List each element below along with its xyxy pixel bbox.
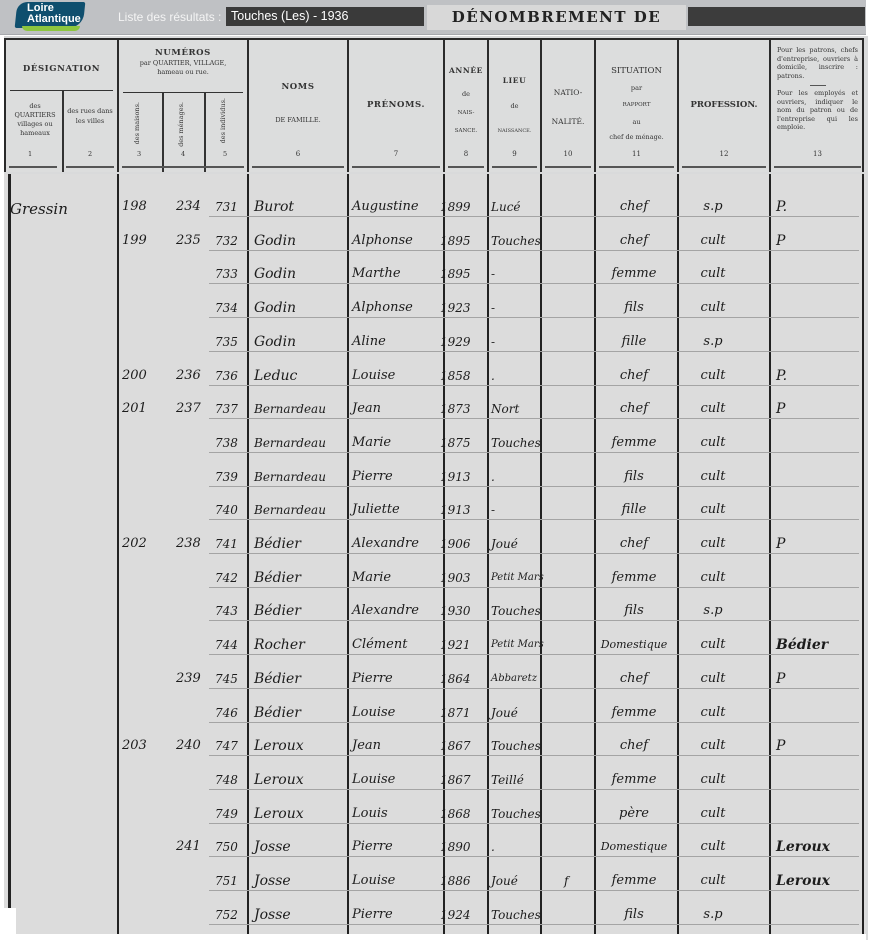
cell-profession: cult (678, 569, 748, 587)
cell-annee: 1886 (440, 872, 471, 890)
cell-profession: cult (678, 367, 748, 385)
row-rule (209, 418, 859, 419)
cell-individu: 736 (215, 367, 238, 385)
cell-prenom: Augustine (352, 198, 419, 216)
cell-prenom: Juliette (352, 501, 400, 519)
header-situation: SITUATION par RAPPORT au chef de ménage.… (596, 40, 679, 172)
cell-prenom: Pierre (352, 838, 393, 856)
cell-nom: Josse (254, 872, 291, 890)
cell-nom: Josse (254, 906, 291, 924)
results-label: Liste des résultats : (118, 10, 221, 24)
row-rule (209, 924, 859, 925)
rule (352, 166, 440, 168)
nationalite-title: NATIO- (542, 88, 594, 97)
lieu-l3: NAISSANCE. (489, 128, 540, 134)
cell-lieu: Joué (491, 535, 518, 553)
right-toolbar-area (688, 7, 865, 26)
cell-situation: fille (594, 333, 674, 351)
cell-menage: 239 (176, 670, 201, 688)
cell-situation: chef (594, 198, 674, 216)
header-designation: DÉSIGNATION des QUARTIERS villages ou ha… (6, 40, 119, 172)
cell-individu: 731 (215, 198, 238, 216)
cell-profession: s.p (678, 906, 748, 924)
cell-prenom: Pierre (352, 468, 393, 486)
cell-lieu: . (491, 838, 495, 856)
cell-maison: 201 (122, 400, 147, 418)
cell-individu: 744 (215, 636, 238, 654)
header-lieu: LIEU de NAISSANCE. 9 (489, 40, 542, 172)
cell-individu: 749 (215, 805, 238, 823)
cell-annee: 1864 (440, 670, 471, 688)
row-rule (209, 486, 859, 487)
header-annee: ANNÉE de NAIS- SANCE. 8 (445, 40, 489, 172)
row-rule (209, 890, 859, 891)
cell-individu: 747 (215, 737, 238, 755)
cell-profession: cult (678, 535, 748, 553)
cell-nom: Josse (254, 838, 291, 856)
cell-individu: 740 (215, 501, 238, 519)
cell-individu: 752 (215, 906, 238, 924)
cell-prenom: Louise (352, 367, 395, 385)
cell-prenom: Clément (352, 636, 407, 654)
row-rule (209, 216, 859, 217)
cell-profession: cult (678, 737, 748, 755)
cell-patron: P. (776, 367, 787, 385)
cell-annee: 1867 (440, 737, 471, 755)
cell-individu: 738 (215, 434, 238, 452)
cell-profession: cult (678, 805, 748, 823)
nationalite-l2: NALITÉ. (542, 117, 594, 126)
header-noms: NOMS DE FAMILLE. 6 (249, 40, 349, 172)
cell-situation: femme (594, 569, 674, 587)
cell-profession: s.p (678, 198, 748, 216)
cell-individu: 746 (215, 704, 238, 722)
cell-maison: 202 (122, 535, 147, 553)
cell-annee: 1906 (440, 535, 471, 553)
cell-individu: 734 (215, 299, 238, 317)
profession-title: PROFESSION. (679, 100, 769, 110)
cell-nom: Bédier (254, 704, 301, 722)
cell-profession: cult (678, 872, 748, 890)
cell-individu: 739 (215, 468, 238, 486)
cell-prenom: Jean (352, 400, 381, 418)
cell-profession: cult (678, 838, 748, 856)
cell-profession: cult (678, 468, 748, 486)
row-rule (209, 755, 859, 756)
patron-note-1: Pour les patrons, chefs d'entreprise, ou… (771, 40, 864, 84)
cell-profession: cult (678, 501, 748, 519)
row-rule (209, 283, 859, 284)
cell-situation: femme (594, 265, 674, 283)
cell-individu: 741 (215, 535, 238, 553)
document-title: DÉNOMBREMENT DE 1936. (427, 5, 686, 30)
cell-lieu: . (491, 367, 495, 385)
cell-annee: 1895 (440, 232, 471, 250)
cell-annee: 1895 (440, 265, 471, 283)
cell-nom: Godin (254, 232, 296, 250)
cell-annee: 1868 (440, 805, 471, 823)
cell-profession: cult (678, 232, 748, 250)
header-numeros: NUMÉROS par QUARTIER, VILLAGE, hameau ou… (119, 40, 249, 172)
cell-lieu: Nort (491, 400, 519, 418)
header-prenoms: PRÉNOMS. 7 (349, 40, 445, 172)
cell-nom: Leroux (254, 737, 304, 755)
column-divider (862, 174, 864, 936)
cell-prenom: Aline (352, 333, 386, 351)
cell-situation: fille (594, 501, 674, 519)
rule (682, 166, 766, 168)
numeros-subtitle: par QUARTIER, VILLAGE, hameau ou rue. (137, 59, 229, 77)
rule (774, 166, 861, 168)
cell-nom: Leroux (254, 805, 304, 823)
cell-situation: chef (594, 737, 674, 755)
cell-prenom: Marie (352, 569, 391, 587)
column-divider (204, 174, 206, 936)
cell-lieu: Petit Mars (491, 569, 544, 587)
cell-nom: Bédier (254, 535, 301, 553)
cell-annee: 1871 (440, 704, 471, 722)
cell-annee: 1929 (440, 333, 471, 351)
cell-patron: P (776, 670, 785, 688)
cell-lieu: Joué (491, 872, 518, 890)
cell-situation: père (594, 805, 674, 823)
row-rule (209, 688, 859, 689)
cell-patron: P (776, 400, 785, 418)
lieu-l2: de (489, 102, 540, 110)
cell-patron: P. (776, 198, 787, 216)
cell-individu: 732 (215, 232, 238, 250)
cell-annee: 1923 (440, 299, 471, 317)
row-rule (209, 587, 859, 588)
cell-maison: 199 (122, 232, 147, 250)
situation-l3: RAPPORT (596, 102, 677, 108)
cell-patron: P (776, 232, 785, 250)
cell-individu: 735 (215, 333, 238, 351)
col-num-6: 6 (249, 150, 347, 158)
cell-patron: Leroux (776, 838, 830, 856)
situation-title: SITUATION (596, 66, 677, 76)
annee-l4: SANCE. (445, 128, 487, 134)
cell-lieu: Touches (491, 602, 541, 620)
cell-menage: 236 (176, 367, 201, 385)
results-select[interactable]: Touches (Les) - 1936 (226, 7, 424, 26)
top-bar: Loire Atlantique Liste des résultats : T… (0, 0, 866, 35)
cell-annee: 1930 (440, 602, 471, 620)
cell-situation: chef (594, 367, 674, 385)
cell-annee: 1867 (440, 771, 471, 789)
cell-profession: cult (678, 265, 748, 283)
cell-situation: chef (594, 535, 674, 553)
cell-patron: Bédier (776, 636, 828, 654)
rule (492, 166, 537, 168)
cell-nom: Bédier (254, 602, 301, 620)
cell-annee: 1890 (440, 838, 471, 856)
row-rule (209, 722, 859, 723)
cell-profession: cult (678, 636, 748, 654)
cell-nom: Bédier (254, 670, 301, 688)
cell-situation: Domestique (594, 636, 674, 654)
cell-nom: Burot (254, 198, 294, 216)
cell-profession: s.p (678, 602, 748, 620)
cell-individu: 733 (215, 265, 238, 283)
cell-situation: femme (594, 434, 674, 452)
row-rule (209, 351, 859, 352)
cell-annee: 1899 (440, 198, 471, 216)
logo-line-2: Atlantique (27, 14, 81, 25)
cell-annee: 1875 (440, 434, 471, 452)
cell-profession: cult (678, 299, 748, 317)
designation-col1-label: des QUARTIERS villages ou hameaux (10, 102, 60, 138)
cell-menage: 241 (176, 838, 201, 856)
header-profession: PROFESSION. 12 (679, 40, 771, 172)
row-rule (209, 789, 859, 790)
cell-prenom: Alexandre (352, 535, 419, 553)
rule (545, 166, 591, 168)
row-rule (209, 654, 859, 655)
cell-prenom: Louise (352, 872, 395, 890)
cell-patron: P (776, 535, 785, 553)
column-divider (162, 174, 164, 936)
column-divider (8, 174, 11, 940)
cell-nom: Bernardeau (254, 400, 326, 418)
prenoms-title: PRÉNOMS. (349, 100, 443, 110)
designation-col2-label: des rues dans les villes (64, 106, 116, 126)
cell-lieu: Lucé (491, 198, 521, 216)
row-rule (209, 856, 859, 857)
rule (448, 166, 484, 168)
col-num-3: 3 (137, 150, 141, 158)
cell-prenom: Pierre (352, 906, 393, 924)
cell-lieu: Teillé (491, 771, 524, 789)
cell-annee: 1903 (440, 569, 471, 587)
annee-title: ANNÉE (445, 66, 487, 75)
cell-situation: femme (594, 872, 674, 890)
rule (599, 166, 674, 168)
cell-situation: fils (594, 299, 674, 317)
cell-situation: femme (594, 771, 674, 789)
loire-atlantique-logo[interactable]: Loire Atlantique (16, 2, 86, 32)
cell-profession: cult (678, 400, 748, 418)
rule (122, 166, 244, 168)
cell-menage: 235 (176, 232, 201, 250)
situation-l4: au (596, 118, 677, 126)
cell-nat: f (564, 872, 568, 890)
header-nationalite: NATIO- NALITÉ. 10 (542, 40, 596, 172)
cell-nom: Bédier (254, 569, 301, 587)
col-num-10: 10 (542, 150, 594, 158)
cell-lieu: Touches (491, 434, 541, 452)
cell-prenom: Louise (352, 704, 395, 722)
cell-prenom: Louise (352, 771, 395, 789)
row-rule (209, 519, 859, 520)
row-rule (209, 250, 859, 251)
cell-individu: 748 (215, 771, 238, 789)
col-num-13: 13 (771, 150, 864, 158)
cell-profession: cult (678, 704, 748, 722)
cell-menage: 234 (176, 198, 201, 216)
row-rule (209, 385, 859, 386)
cell-patron: P (776, 737, 785, 755)
register-table: Gressin198234731BurotAugustine1899Lucéch… (4, 174, 866, 940)
rule (66, 166, 114, 168)
column-divider (117, 174, 119, 936)
cell-individu: 750 (215, 838, 238, 856)
cell-nom: Godin (254, 333, 296, 351)
register-header: DÉSIGNATION des QUARTIERS villages ou ha… (4, 38, 864, 172)
cell-individu: 751 (215, 872, 238, 890)
cell-maison: 203 (122, 737, 147, 755)
cell-profession: cult (678, 434, 748, 452)
patron-note-2: Pour les employés et ouvriers, indiquer … (771, 87, 864, 136)
cell-lieu: Petit Mars (491, 636, 544, 654)
col-num-7: 7 (349, 150, 443, 158)
cell-individu: 737 (215, 400, 238, 418)
col-num-9: 9 (489, 150, 540, 158)
cell-lieu: - (491, 333, 495, 351)
cell-lieu: Joué (491, 704, 518, 722)
cell-situation: chef (594, 400, 674, 418)
cell-situation: fils (594, 602, 674, 620)
cell-lieu: Touches (491, 737, 541, 755)
row-rule (209, 620, 859, 621)
cell-nom: Bernardeau (254, 468, 326, 486)
situation-l2: par (596, 84, 677, 92)
designation-title: DÉSIGNATION (6, 64, 117, 74)
cell-lieu: - (491, 265, 495, 283)
cell-lieu: Touches (491, 805, 541, 823)
cell-situation: femme (594, 704, 674, 722)
cell-situation: Domestique (594, 838, 674, 856)
scan-edge (4, 934, 866, 940)
cell-profession: s.p (678, 333, 748, 351)
col-num-11: 11 (596, 150, 677, 158)
cell-lieu: - (491, 299, 495, 317)
col-num-1: 1 (28, 150, 32, 158)
cell-individu: 743 (215, 602, 238, 620)
annee-l3: NAIS- (445, 110, 487, 116)
row-rule (209, 823, 859, 824)
rule (9, 166, 57, 168)
cell-prenom: Marthe (352, 265, 401, 283)
cell-quartier: Gressin (10, 200, 68, 218)
rule (252, 166, 344, 168)
cell-annee: 1873 (440, 400, 471, 418)
cell-individu: 745 (215, 670, 238, 688)
col-num-8: 8 (445, 150, 487, 158)
cell-lieu: Touches (491, 906, 541, 924)
cell-situation: chef (594, 670, 674, 688)
cell-menage: 237 (176, 400, 201, 418)
numeros-title: NUMÉROS (119, 48, 247, 58)
annee-l2: de (445, 90, 487, 98)
cell-lieu: - (491, 501, 495, 519)
cell-prenom: Alphonse (352, 299, 413, 317)
cell-nom: Bernardeau (254, 501, 326, 519)
col5-label: des individus. (219, 98, 227, 143)
header-patron: Pour les patrons, chefs d'entreprise, ou… (771, 40, 864, 172)
noms-title: NOMS (249, 82, 347, 92)
cell-prenom: Alphonse (352, 232, 413, 250)
situation-l5: chef de ménage. (596, 133, 677, 141)
cell-lieu: Abbaretz (491, 670, 537, 688)
cell-lieu: Touches (491, 232, 541, 250)
col-num-4: 4 (181, 150, 185, 158)
cell-nom: Leroux (254, 771, 304, 789)
col4-label: des ménages. (177, 102, 185, 147)
cell-prenom: Pierre (352, 670, 393, 688)
cell-nom: Godin (254, 265, 296, 283)
cell-nom: Bernardeau (254, 434, 326, 452)
cell-annee: 1858 (440, 367, 471, 385)
cell-nom: Leduc (254, 367, 297, 385)
col3-label: des maisons. (133, 102, 141, 144)
col-num-12: 12 (679, 150, 769, 158)
cell-prenom: Louis (352, 805, 388, 823)
cell-lieu: . (491, 468, 495, 486)
col-num-5: 5 (223, 150, 227, 158)
cell-maison: 198 (122, 198, 147, 216)
logo-green-swoosh-icon (22, 26, 80, 31)
col-num-2: 2 (88, 150, 92, 158)
noms-subtitle: DE FAMILLE. (249, 116, 347, 124)
cell-annee: 1924 (440, 906, 471, 924)
cell-prenom: Jean (352, 737, 381, 755)
cell-nom: Godin (254, 299, 296, 317)
cell-menage: 238 (176, 535, 201, 553)
cell-menage: 240 (176, 737, 201, 755)
cell-situation: fils (594, 468, 674, 486)
cell-profession: cult (678, 670, 748, 688)
cell-prenom: Marie (352, 434, 391, 452)
cell-nom: Rocher (254, 636, 305, 654)
row-rule (209, 553, 859, 554)
row-rule (209, 452, 859, 453)
cell-annee: 1913 (440, 501, 471, 519)
lieu-title: LIEU (489, 76, 540, 85)
cell-individu: 742 (215, 569, 238, 587)
cell-annee: 1913 (440, 468, 471, 486)
cell-maison: 200 (122, 367, 147, 385)
cell-prenom: Alexandre (352, 602, 419, 620)
row-rule (209, 317, 859, 318)
cell-situation: fils (594, 906, 674, 924)
cell-profession: cult (678, 771, 748, 789)
cell-situation: chef (594, 232, 674, 250)
cell-annee: 1921 (440, 636, 471, 654)
cell-patron: Leroux (776, 872, 830, 890)
